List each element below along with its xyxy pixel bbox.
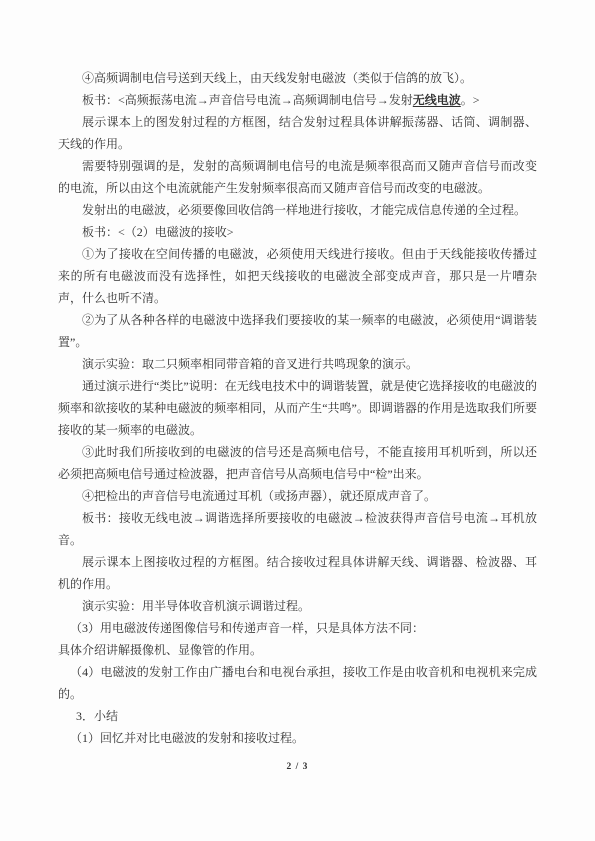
document-body: ④高频调制电信号送到天线上，由天线发射电磁波（类似于信鸽的放飞）。 板书：<高频…	[58, 67, 537, 749]
point3-image-transmission: （3）用电磁波传递图像信号和传递声音一样，只是具体方法不同：	[58, 617, 537, 639]
show-diagram-transmit: 展示课本上的图发射过程的方框图，结合发射过程具体讲解振荡器、话筒、调制器、天线的…	[58, 111, 537, 155]
step4-transmit-paragraph: ④高频调制电信号送到天线上，由天线发射电磁波（类似于信鸽的放飞）。	[58, 67, 537, 89]
receive-step3-paragraph: ③此时我们所接收到的电磁波的信号还是高频电信号，不能直接用耳机听到，所以还必须把…	[58, 441, 537, 485]
page-number: 2 / 3	[0, 762, 595, 772]
demo-experiment-tuning-fork: 演示实验：取二只频率相同带音箱的音叉进行共鸣现象的演示。	[58, 353, 537, 375]
point4-broadcast-paragraph: （4）电磁波的发射工作由广播电台和电视台承担，接收工作是由收音机和电视机来完成的…	[58, 661, 537, 705]
receive-step1-paragraph: ①为了接收在空间传播的电磁波，必须使用天线进行接收。但由于天线能接收传播过来的所…	[58, 243, 537, 309]
board-notes-receive: 板书：接收无线电波→调谐选择所要接收的电磁波→检波获得声音信号电流→耳机放音。	[58, 507, 537, 551]
demo-experiment-radio: 演示实验：用半导体收音机演示调谐过程。	[58, 595, 537, 617]
board-notes-receive-heading: 板书：<（2）电磁波的接收>	[58, 221, 537, 243]
camera-crt-explanation: 具体介绍讲解摄像机、显像管的作用。	[58, 639, 537, 661]
section-summary-heading: 3．小结	[58, 705, 537, 727]
emphasis-note-paragraph: 需要特别强调的是，发射的高频调制电信号的电流是频率很高而又随声音信号而改变的电流…	[58, 155, 537, 199]
board-notes-transmit: 板书：<高频振荡电流→声音信号电流→高频调制电信号→发射无线电波。>	[58, 89, 537, 111]
receive-step2-paragraph: ②为了从各种各样的电磁波中选择我们要接收的某一频率的电磁波，必须使用“调谐装置”…	[58, 309, 537, 353]
show-diagram-receive: 展示课本上图接收过程的方框图。结合接收过程具体讲解天线、调谐器、检波器、耳机的作…	[58, 551, 537, 595]
document-page: ④高频调制电信号送到天线上，由天线发射电磁波（类似于信鸽的放飞）。 板书：<高频…	[0, 0, 595, 841]
board-notes-transmit-pre: 板书：<高频振荡电流→声音信号电流→高频调制电信号→发射	[82, 93, 413, 107]
underlined-term-radio-wave: 无线电波	[413, 93, 461, 107]
receive-intro-paragraph: 发射出的电磁波，必须要像回收信鸽一样地进行接收，才能完成信息传递的全过程。	[58, 199, 537, 221]
analogy-explanation-paragraph: 通过演示进行“类比”说明：在无线电技术中的调谐装置，就是使它选择接收的电磁波的频…	[58, 375, 537, 441]
summary-item1-paragraph: （1）回忆并对比电磁波的发射和接收过程。	[58, 727, 537, 749]
board-notes-transmit-post: 。>	[461, 93, 480, 107]
receive-step4-paragraph: ④把检出的声音信号电流通过耳机（或扬声器），就还原成声音了。	[58, 485, 537, 507]
